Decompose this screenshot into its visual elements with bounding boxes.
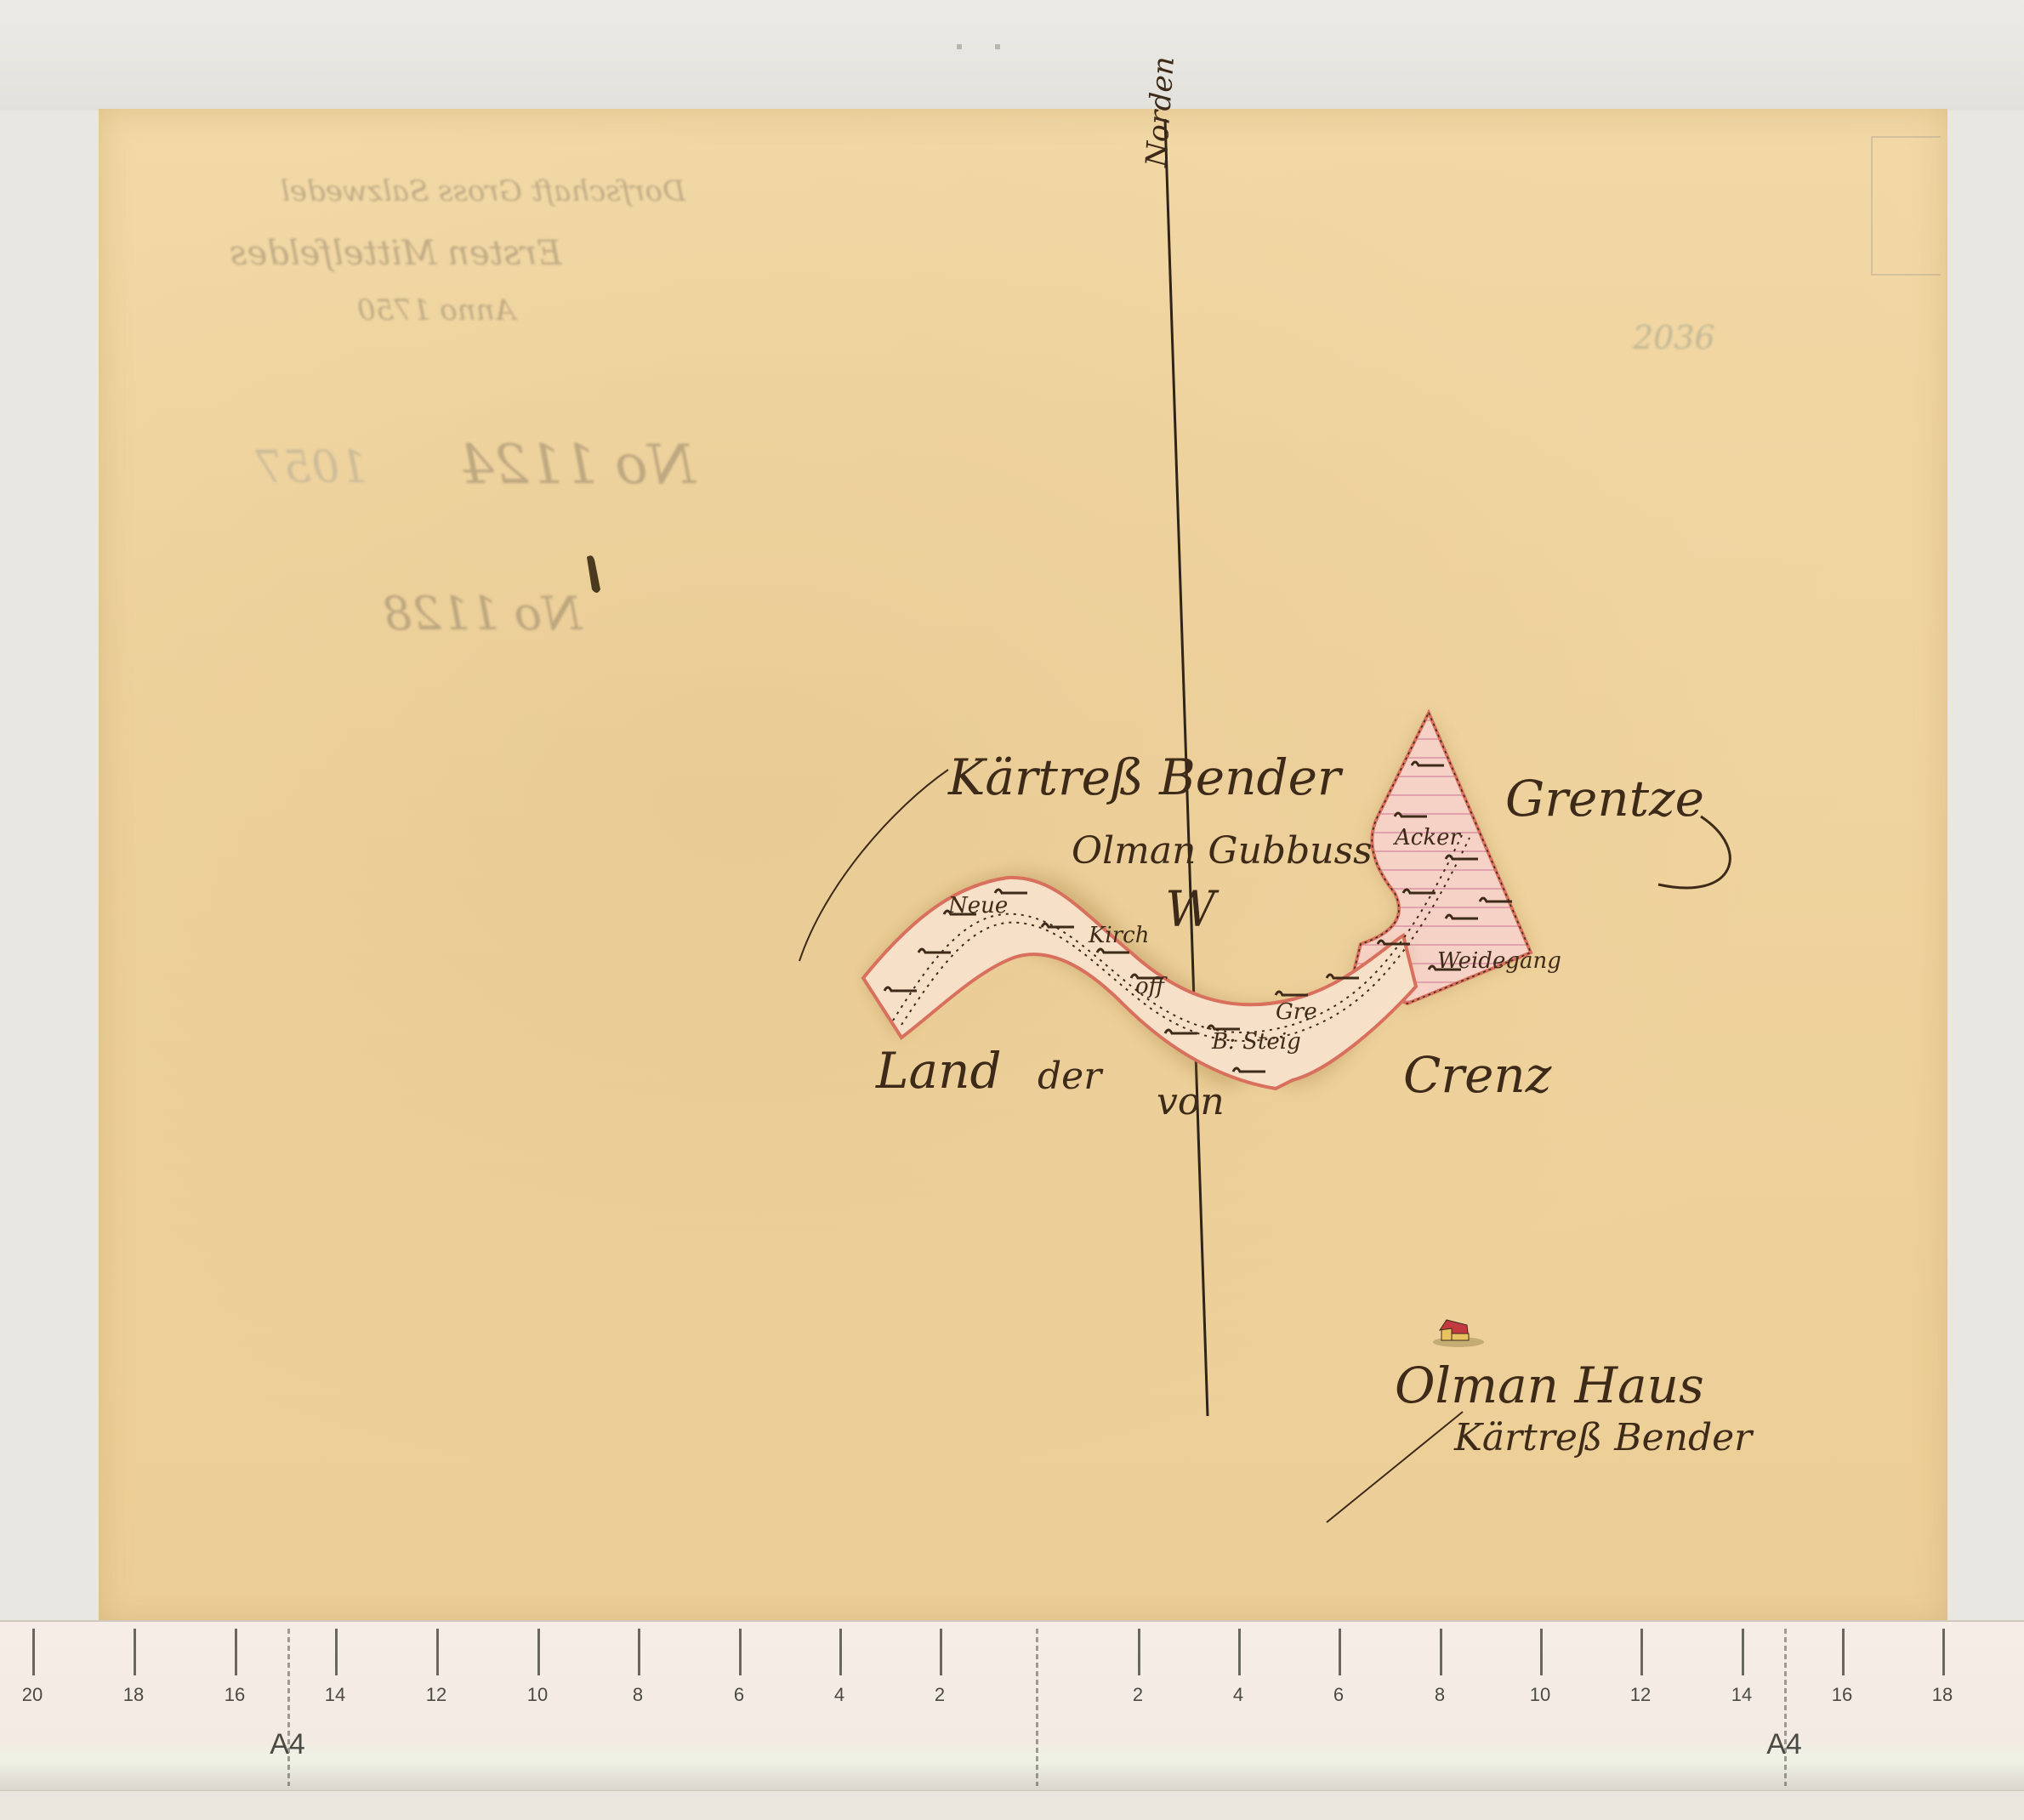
ruler-label: 12 bbox=[1630, 1684, 1651, 1706]
scale-ruler: 20 18 16 14 12 10 8 6 4 2 2 4 6 8 10 12 … bbox=[0, 1620, 2024, 1792]
ruler-label: 2 bbox=[935, 1684, 945, 1706]
ruler-tick bbox=[1138, 1629, 1140, 1675]
bottom-boundary-label: der bbox=[1038, 1055, 1101, 1098]
ruler-label: 18 bbox=[1932, 1684, 1953, 1706]
upper-parcel-label: Weidegang bbox=[1437, 948, 1561, 974]
ruler-base bbox=[0, 1790, 2024, 1820]
ruler-label: 8 bbox=[1435, 1684, 1445, 1706]
strip-label: off bbox=[1135, 974, 1164, 999]
ruler-tick bbox=[1238, 1629, 1241, 1675]
house-icon bbox=[1433, 1317, 1484, 1347]
ruler-tick bbox=[1540, 1629, 1543, 1675]
ruler-label: 4 bbox=[1233, 1684, 1243, 1706]
a4-label: A4 bbox=[1766, 1728, 1802, 1761]
a4-guide-line bbox=[1784, 1629, 1787, 1786]
ruler-label: 14 bbox=[1731, 1684, 1752, 1706]
strip-label: B: Steig bbox=[1212, 1029, 1301, 1055]
boundary-label-grentze: Grentze bbox=[1505, 770, 1704, 828]
ruler-tick bbox=[1842, 1629, 1845, 1675]
ruler-tick bbox=[537, 1629, 540, 1675]
ruler-label: 12 bbox=[426, 1684, 446, 1706]
ruler-tick bbox=[235, 1629, 237, 1675]
bottom-boundary-label: Land bbox=[876, 1042, 1002, 1100]
ruler-label: 4 bbox=[834, 1684, 844, 1706]
ruler-label: 10 bbox=[527, 1684, 548, 1706]
ruler-label: 2 bbox=[1133, 1684, 1143, 1706]
ruler-tick bbox=[134, 1629, 136, 1675]
ruler-label: 16 bbox=[1832, 1684, 1852, 1706]
ruler-tick bbox=[1640, 1629, 1643, 1675]
strip-label: Neue bbox=[948, 893, 1008, 919]
parcel-owner-mark: W bbox=[1165, 880, 1216, 938]
strip-label: Gre bbox=[1276, 999, 1317, 1025]
ruler-tick bbox=[1742, 1629, 1744, 1675]
ruler-tick bbox=[32, 1629, 35, 1675]
ruler-tick bbox=[335, 1629, 338, 1675]
ruler-label: 16 bbox=[225, 1684, 245, 1706]
parcel-owner-label: Olman Gubbuss bbox=[1072, 829, 1373, 873]
ruler-label: 20 bbox=[22, 1684, 43, 1706]
ruler-tick bbox=[839, 1629, 842, 1675]
ruler-label: 8 bbox=[633, 1684, 643, 1706]
boundary-label-top-left: Kärtreß Bender bbox=[948, 748, 1341, 806]
ruler-label: 18 bbox=[123, 1684, 144, 1706]
bottom-boundary-label: Crenz bbox=[1403, 1046, 1551, 1104]
ruler-label: 10 bbox=[1530, 1684, 1550, 1706]
a4-guide-line bbox=[1036, 1629, 1038, 1786]
house-label-owner: Kärtreß Bender bbox=[1454, 1416, 1752, 1459]
ruler-tick bbox=[940, 1629, 942, 1675]
a4-label: A4 bbox=[270, 1728, 305, 1761]
ruler-label: 6 bbox=[734, 1684, 744, 1706]
ruler-tick bbox=[739, 1629, 742, 1675]
ruler-label: 14 bbox=[325, 1684, 345, 1706]
map-drawing bbox=[0, 0, 2024, 1820]
a4-guide-line bbox=[287, 1629, 290, 1786]
ruler-tick bbox=[1440, 1629, 1442, 1675]
bottom-boundary-label: von bbox=[1157, 1080, 1225, 1123]
ruler-label: 6 bbox=[1333, 1684, 1344, 1706]
strip-label: Kirch bbox=[1089, 923, 1149, 948]
house-label: Olman Haus bbox=[1395, 1356, 1704, 1414]
house-pointer-line bbox=[1327, 1412, 1463, 1522]
ruler-tick bbox=[638, 1629, 640, 1675]
ruler-tick bbox=[1942, 1629, 1945, 1675]
upper-parcel-label: Acker bbox=[1395, 825, 1460, 850]
ruler-tick bbox=[1339, 1629, 1341, 1675]
ruler-tick bbox=[436, 1629, 439, 1675]
ink-blot bbox=[587, 555, 600, 593]
